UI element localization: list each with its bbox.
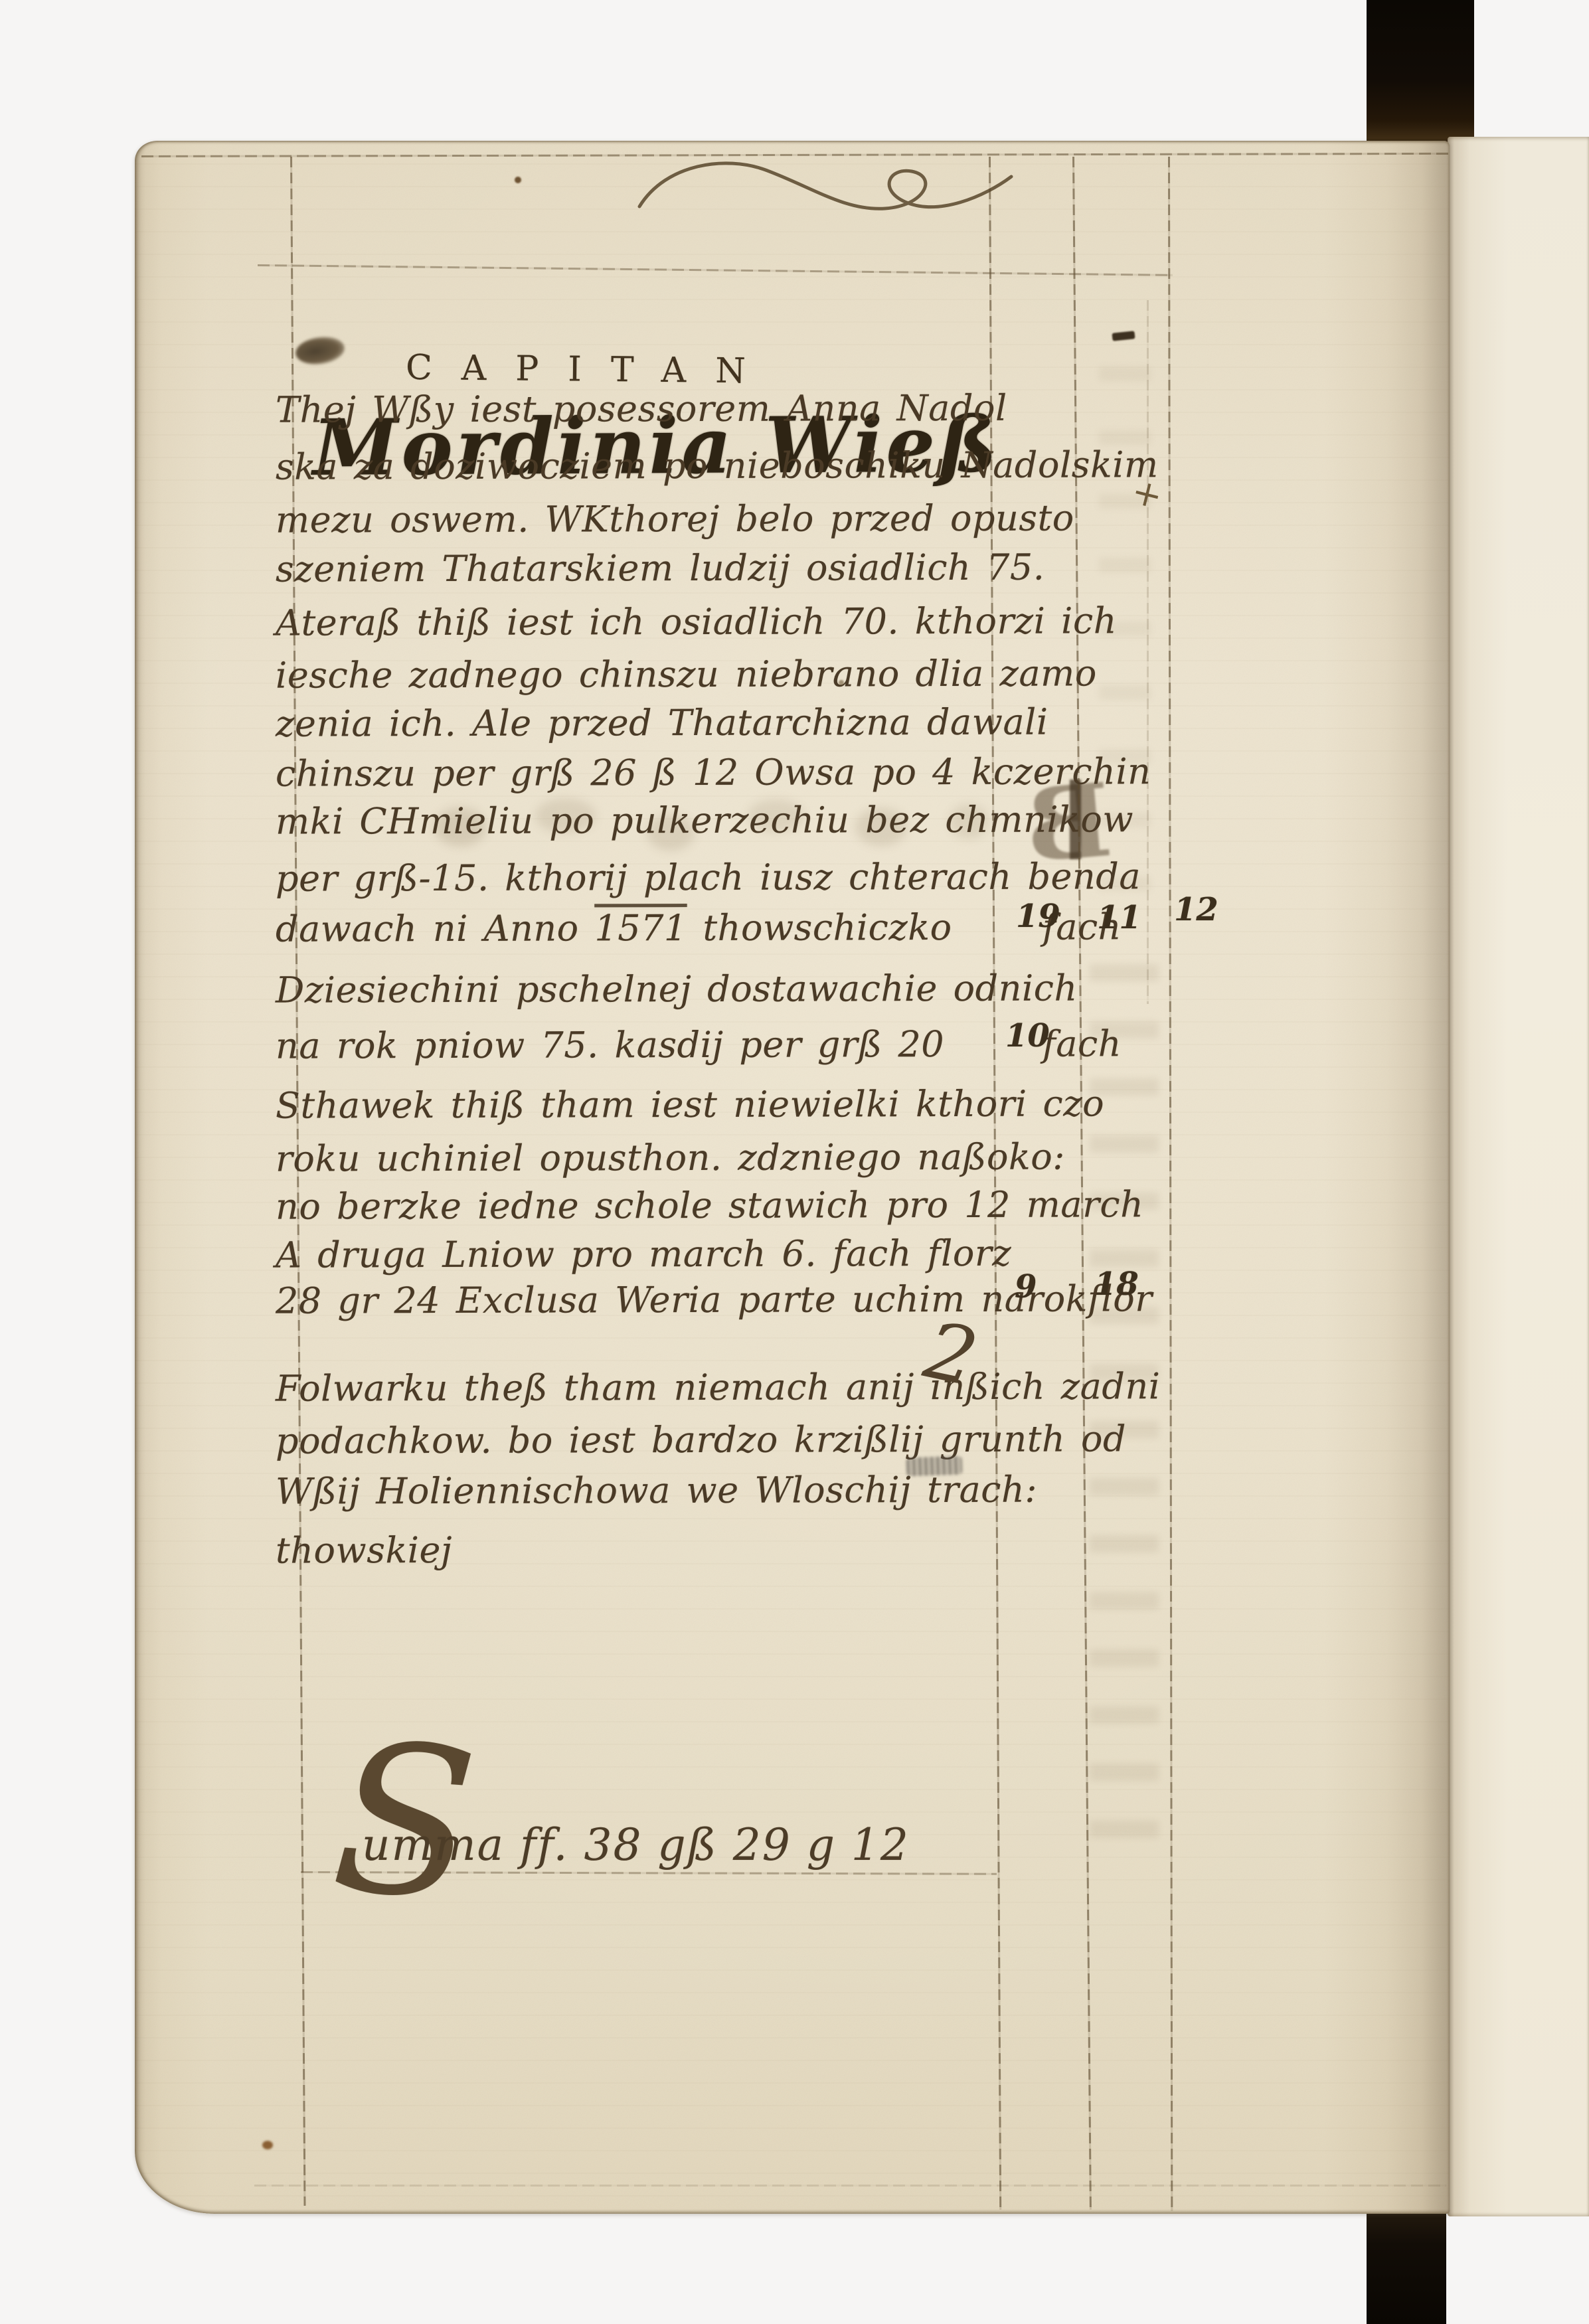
manuscript-line: roku uchiniel opusthon. zdzniego naßoko: — [276, 1135, 1118, 1179]
manuscript-line: chinszu per grß 26 ß 12 Owsa po 4 kczerc… — [276, 750, 1118, 794]
manuscript-page: B CAPITAN Mordinia Wieß + Thej Wßy iest … — [135, 141, 1450, 2214]
top-rule — [141, 153, 1448, 157]
column-rule-3-companion — [1147, 300, 1149, 1004]
column-number: 10 — [1005, 1017, 1050, 1054]
manuscript-line: iesche zadnego chinszu niebrano dlia zam… — [276, 652, 1118, 696]
manuscript-line: mki CHmieliu po pulkerzechiu bez chmniko… — [276, 798, 1118, 842]
line-tail-facit: fach — [1043, 1023, 1122, 1064]
manuscript-line: A druga Lniow pro march 6. fach florz — [276, 1232, 1118, 1276]
calligraphic-swash-icon — [626, 150, 1025, 223]
column-number: 9 — [1015, 1268, 1037, 1305]
chapter-heading: CAPITAN — [406, 348, 938, 393]
column-number: 18 — [1094, 1266, 1139, 1303]
manuscript-line: no berzke iedne schole stawich pro 12 ma… — [276, 1183, 1118, 1227]
paper-fleck — [262, 2141, 273, 2149]
manuscript-line: podachkow. bo iest bardzo krzißlij grunt… — [276, 1418, 1118, 1461]
scanned-manuscript-photo: B CAPITAN Mordinia Wieß + Thej Wßy iest … — [0, 0, 1589, 2324]
paper-fleck — [839, 680, 844, 685]
manuscript-line: per grß-15. kthorij plach iusz chterach … — [276, 855, 1118, 899]
manuscript-line: Dziesiechini pschelnej dostawachie odnic… — [276, 967, 1118, 1011]
manuscript-line: szeniem Thatarskiem ludzij osiadlich 75. — [276, 546, 1118, 590]
gray-smudge — [906, 1456, 963, 1477]
column-number: 11 — [1097, 899, 1141, 936]
manuscript-line: na rok pniow 75. kasdij per grß 20fach — [276, 1023, 1118, 1066]
summa-total: umma ff. 38 gß 29 g 12 — [362, 1819, 910, 1870]
bottom-rule — [254, 2185, 1446, 2187]
chapter-underline — [258, 264, 1173, 276]
overlined-year: 1571 — [594, 907, 687, 949]
ink-blot — [294, 334, 347, 367]
manuscript-line: Wßij Holiennischowa we Wloschij trach: — [276, 1468, 1118, 1512]
bookmark-ribbon-bottom — [1367, 2210, 1446, 2324]
ink-dash-mark — [1112, 331, 1135, 341]
manuscript-line: thowskiej — [276, 1527, 1118, 1571]
manuscript-line: 28 gr 24 Exclusa Weria parte uchim narok… — [276, 1278, 1118, 1321]
column-rule-3 — [1168, 157, 1173, 2211]
bookmark-ribbon-top — [1367, 0, 1474, 147]
adjacent-page-edge — [1448, 137, 1589, 2216]
manuscript-line: Sthawek thiß tham iest niewielki kthori … — [276, 1082, 1118, 1126]
paper-fleck — [515, 177, 521, 183]
manuscript-line: Thej Wßy iest posessorem Anna Nadol — [276, 386, 1118, 430]
manuscript-line: Folwarku theß tham niemach anij inßich z… — [276, 1365, 1118, 1409]
manuscript-line: zenia ich. Ale przed Thatarchizna dawali — [276, 701, 1118, 744]
column-number: 19 — [1016, 898, 1060, 935]
manuscript-line: Ateraß thiß iest ich osiadlich 70. kthor… — [276, 600, 1118, 643]
column-number: 12 — [1174, 891, 1218, 928]
manuscript-line: mezu oswem. WKthorej belo przed opusto — [276, 497, 1118, 540]
manuscript-line: dawach ni Anno 1571 thowschiczkofach — [276, 906, 1118, 950]
manuscript-line: ska za doziwocziem po nieboschiku Nadols… — [276, 444, 1118, 487]
